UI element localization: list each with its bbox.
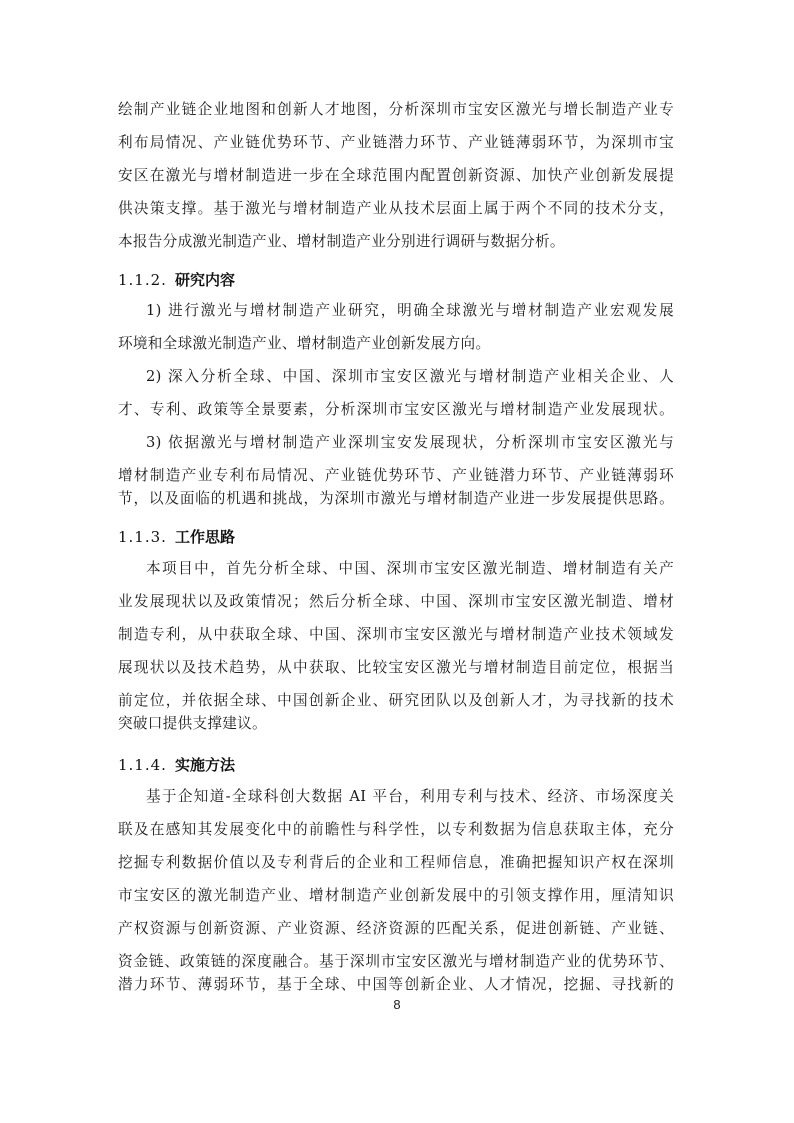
paragraph-line: 产权资源与创新资源、产业资源、经济资源的匹配关系，促进创新链、产业链、 — [118, 918, 674, 940]
intro-line: 安区在激光与增材制造进一步在全球范围内配置创新资源、加快产业创新发展提 — [118, 165, 674, 187]
paragraph-line: 业发展现状以及政策情况；然后分析全球、中国、深圳市宝安区激光制造、增材 — [118, 591, 674, 613]
paragraph-line: 基于企知道-全球科创大数据 AI 平台，利用专利与技术、经济、市场深度关 — [146, 786, 674, 808]
document-page: 绘制产业链企业地图和创新人才地图，分析深圳市宝安区激光与增长制造产业专 利布局情… — [0, 0, 794, 1123]
list-item-line: 1) 进行激光与增材制造产业研究，明确全球激光与增材制造产业宏观发展 — [146, 300, 674, 322]
section-number: 1.1.4. — [118, 756, 167, 774]
paragraph-line: 突破口提供支撑建议。 — [118, 713, 674, 735]
section-number: 1.1.3. — [118, 528, 167, 546]
intro-line: 本报告分成激光制造产业、增材制造产业分别进行调研与数据分析。 — [118, 231, 674, 253]
intro-line: 利布局情况、产业链优势环节、产业链潜力环节、产业链薄弱环节，为深圳市宝 — [118, 132, 674, 154]
section-heading-research-content: 1.1.2.研究内容 — [118, 268, 235, 292]
section-number: 1.1.2. — [118, 271, 167, 289]
paragraph-line: 资金链、政策链的深度融合。基于深圳市宝安区激光与增材制造产业的优势环节、 — [118, 951, 674, 973]
section-title: 研究内容 — [175, 271, 235, 289]
section-heading-work-approach: 1.1.3.工作思路 — [118, 525, 235, 549]
paragraph-line: 市宝安区的激光制造产业、增材制造产业创新发展中的引领支撑作用，厘清知识 — [118, 885, 674, 907]
paragraph-line: 展现状以及技术趋势，从中获取、比较宝安区激光与增材制造目前定位，根据当 — [118, 657, 674, 679]
paragraph-line: 本项目中，首先分析全球、中国、深圳市宝安区激光制造、增材制造有关产 — [146, 558, 674, 580]
section-heading-implementation-method: 1.1.4.实施方法 — [118, 753, 235, 777]
section-title: 工作思路 — [175, 528, 235, 546]
list-item-line: 增材制造产业专利布局情况、产业链优势环节、产业链潜力环节、产业链薄弱环 — [118, 465, 674, 487]
page-number: 8 — [387, 997, 407, 1012]
list-item-line: 3) 依据激光与增材制造产业深圳宝安发展现状，分析深圳市宝安区激光与 — [146, 432, 674, 454]
paragraph-line: 联及在感知其发展变化中的前瞻性与科学性，以专利数据为信息获取主体，充分 — [118, 819, 674, 841]
section-title: 实施方法 — [175, 756, 235, 774]
list-item-line: 环境和全球激光制造产业、增材制造产业创新发展方向。 — [118, 333, 674, 355]
paragraph-line: 潜力环节、薄弱环节，基于全球、中国等创新企业、人才情况，挖掘、寻找新的 — [118, 974, 674, 996]
intro-line: 供决策支撑。基于激光与增材制造产业从技术层面上属于两个不同的技术分支， — [118, 198, 674, 220]
list-item-line: 节，以及面临的机遇和挑战，为深圳市激光与增材制造产业进一步发展提供思路。 — [118, 488, 674, 510]
paragraph-line: 前定位，并依据全球、中国创新企业、研究团队以及创新人才，为寻找新的技术 — [118, 690, 674, 712]
paragraph-line: 制造专利，从中获取全球、中国、深圳市宝安区激光与增材制造产业技术领域发 — [118, 624, 674, 646]
list-item-line: 2) 深入分析全球、中国、深圳市宝安区激光与增材制造产业相关企业、人 — [146, 366, 674, 388]
intro-line: 绘制产业链企业地图和创新人才地图，分析深圳市宝安区激光与增长制造产业专 — [118, 99, 674, 121]
list-item-line: 才、专利、政策等全景要素，分析深圳市宝安区激光与增材制造产业发展现状。 — [118, 399, 674, 421]
paragraph-line: 挖掘专利数据价值以及专利背后的企业和工程师信息，准确把握知识产权在深圳 — [118, 852, 674, 874]
